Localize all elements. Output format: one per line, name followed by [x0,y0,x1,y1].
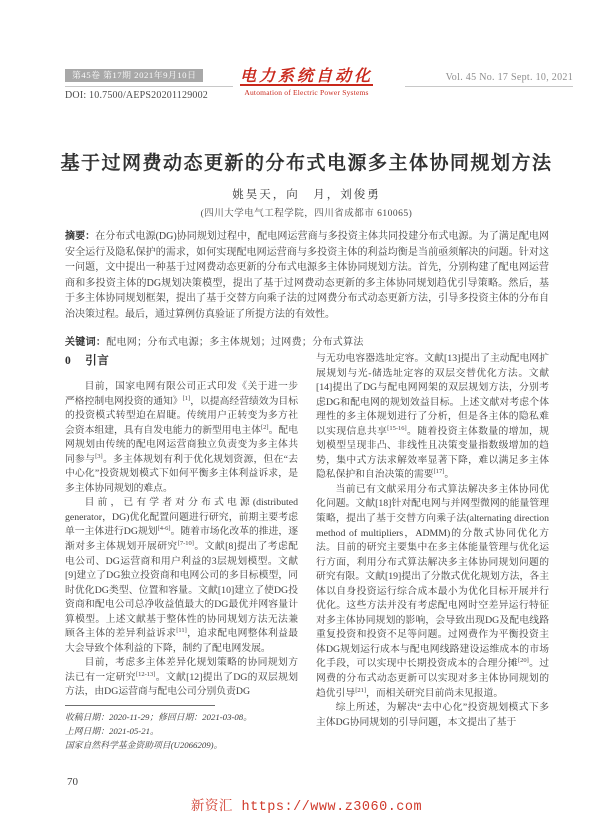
left-paragraph-2: 目前，已有学者对分布式电源(distributed generator，DG)优… [65,496,298,656]
section-number: 0 [65,355,71,367]
keywords: 关键词：配电网；分布式电源；多主体规划；过网费；分布式算法 [65,333,549,348]
volume-issue-date: Vol. 45 No. 17 Sept. 10, 2021 [446,72,573,83]
watermark-text: 新资汇 https://www.z3060.com [0,794,613,815]
body-columns: 0引言 目前，国家电网有限公司正式印发《关于进一步严格控制电网投资的通知》[1]… [65,352,549,752]
section-title: 引言 [85,355,109,367]
footnote-funding: 国家自然科学基金资助项目(U2066209)。 [65,739,298,753]
keywords-text: 配电网；分布式电源；多主体规划；过网费；分布式算法 [106,337,364,348]
header-rule-left [65,86,233,87]
footnote-rule [65,705,215,706]
authors: 姚昊天，向 月，刘俊勇 [0,186,613,202]
header-rule-right [405,86,573,87]
right-paragraph-1: 与无功电容器选址定容。文献[13]提出了主动配电网扩展规划与光-储选址定容的双层… [316,352,549,483]
affiliation: (四川大学电气工程学院，四川省成都市 610065) [0,205,613,219]
abstract: 摘要：在分布式电源(DG)协同规划过程中，配电网运营商与多投资主体共同投建分布式… [65,229,549,322]
abstract-text: 在分布式电源(DG)协同规划过程中，配电网运营商与多投资主体共同投建分布式电源。… [65,231,549,320]
paper-page: 第45卷 第17期 2021年9月10日 DOI: 10.7500/AEPS20… [0,0,613,825]
left-column: 0引言 目前，国家电网有限公司正式印发《关于进一步严格控制电网投资的通知》[1]… [65,352,298,752]
footnote-received-dates: 收稿日期：2020-11-29；修回日期：2021-03-08。 [65,711,298,725]
right-column: 与无功电容器选址定容。文献[13]提出了主动配电网扩展规划与光-储选址定容的双层… [316,352,549,752]
keywords-label: 关键词： [65,337,106,348]
left-paragraph-1: 目前，国家电网有限公司正式印发《关于进一步严格控制电网投资的通知》[1]，以提高… [65,380,298,496]
page-number: 70 [67,776,78,788]
right-paragraph-3: 综上所述，为解决“去中心化”投资规划模式下多主体DG协同规划的引导问题，本文提出… [316,701,549,730]
section-heading-intro: 0引言 [65,352,298,368]
paper-title: 基于过网费动态更新的分布式电源多主体协同规划方法 [0,148,613,175]
left-paragraph-3: 目前，考虑多主体差异化规划策略的协同规划方法已有一定研究[12-13]。文献[1… [65,656,298,700]
footnote-block: 收稿日期：2020-11-29；修回日期：2021-03-08。 上网日期：20… [65,705,298,752]
journal-logo-en: Automation of Electric Power Systems [0,88,613,97]
right-paragraph-2: 当前已有文献采用分布式算法解决多主体协同优化问题。文献[18]针对配电网与并网型… [316,483,549,701]
abstract-label: 摘要： [65,231,95,242]
journal-logo-rule [240,84,373,86]
footnote-online-date: 上网日期：2021-05-21。 [65,725,298,739]
